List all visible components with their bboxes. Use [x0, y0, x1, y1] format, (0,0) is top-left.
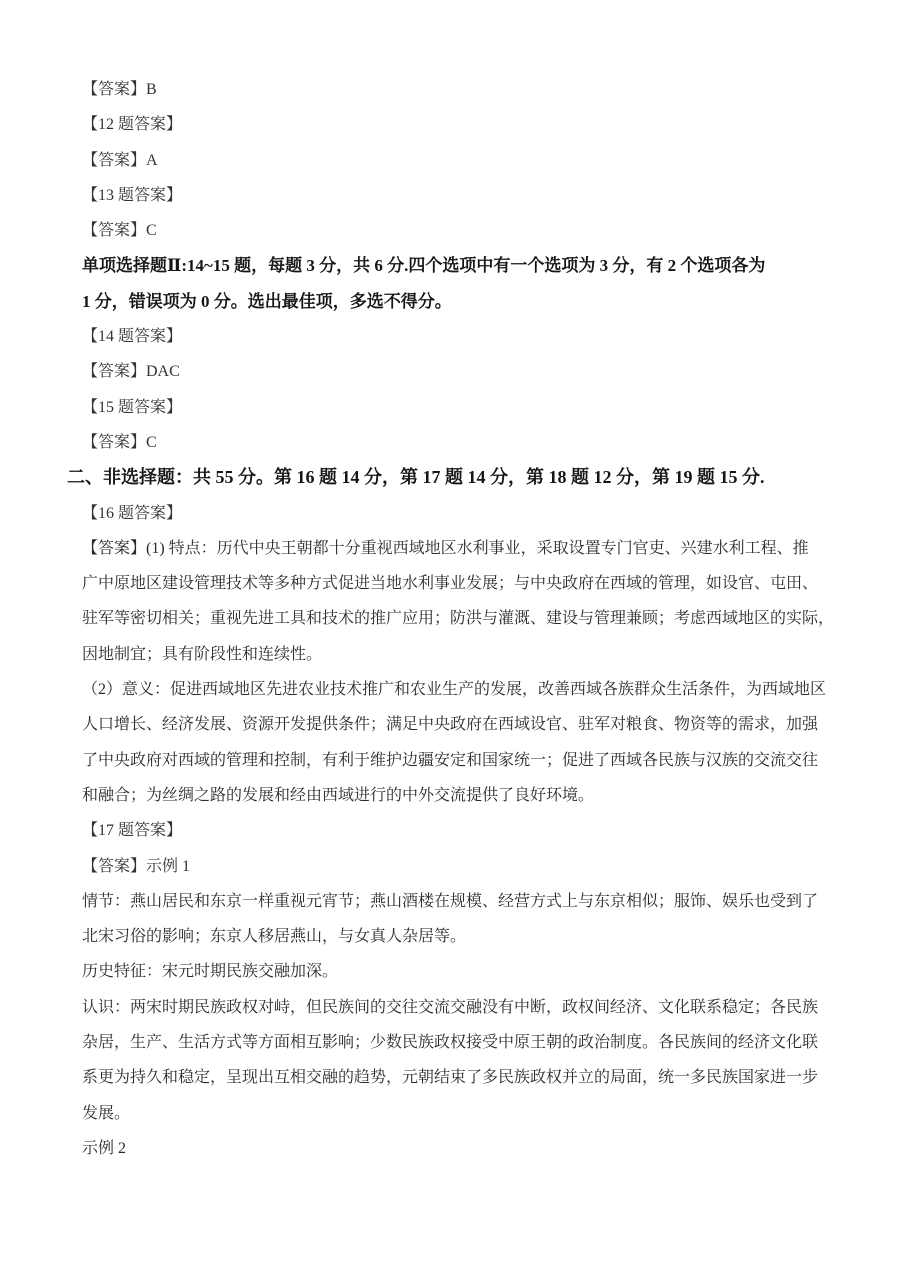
answer-paragraph: 认识：两宋时期民族政权对峙，但民族间的交往交流交融没有中断，政权间经济、文化联系… — [82, 990, 842, 1131]
answer-paragraph-text: 情节：燕山居民和东京一样重视元宵节；燕山酒楼在规模、经营方式上与东京相似；服饰、… — [82, 884, 842, 919]
answer-paragraph-text: 示例 2 — [82, 1131, 842, 1166]
question-header-text: 【17 题答案】 — [82, 813, 842, 848]
answer-paragraph-text: 北宋习俗的影响；东京人移居燕山，与女真人杂居等。 — [82, 919, 842, 954]
answer-line-text: 【答案】示例 1 — [82, 849, 842, 884]
answer-line: 【答案】DAC — [82, 354, 842, 389]
notice-bold: 单项选择题Ⅱ:14~15 题，每题 3 分，共 6 分.四个选项中有一个选项为 … — [82, 248, 842, 319]
question-header: 【14 题答案】 — [82, 319, 842, 354]
answer-paragraph-text: 【答案】(1) 特点：历代中央王朝都十分重视西域地区水利事业，采取设置专门官吏、… — [82, 531, 842, 566]
answer-paragraph-text: 历史特征：宋元时期民族交融加深。 — [82, 954, 842, 989]
answer-paragraph-text: 了中央政府对西域的管理和控制，有利于维护边疆安定和国家统一；促进了西域各民族与汉… — [82, 743, 842, 778]
answer-paragraph-text: 人口增长、经济发展、资源开发提供条件；满足中央政府在西域设官、驻军对粮食、物资等… — [82, 707, 842, 742]
document-content: 【答案】B【12 题答案】【答案】A【13 题答案】【答案】C单项选择题Ⅱ:14… — [82, 72, 842, 1166]
answer-line: 【答案】C — [82, 213, 842, 248]
answer-paragraph-text: 系更为持久和稳定，呈现出互相交融的趋势，元朝结束了多民族政权并立的局面，统一多民… — [82, 1060, 842, 1095]
answer-paragraph: 历史特征：宋元时期民族交融加深。 — [82, 954, 842, 989]
question-header: 【13 题答案】 — [82, 178, 842, 213]
answer-line-text: 【答案】C — [82, 213, 842, 248]
answer-paragraph: （2）意义：促进西域地区先进农业技术推广和农业生产的发展，改善西域各族群众生活条… — [82, 672, 842, 813]
answer-line-text: 【答案】B — [82, 72, 842, 107]
answer-line: 【答案】A — [82, 143, 842, 178]
document-page: 【答案】B【12 题答案】【答案】A【13 题答案】【答案】C单项选择题Ⅱ:14… — [0, 0, 900, 1273]
question-header: 【12 题答案】 — [82, 107, 842, 142]
answer-paragraph: 示例 2 — [82, 1131, 842, 1166]
answer-paragraph: 情节：燕山居民和东京一样重视元宵节；燕山酒楼在规模、经营方式上与东京相似；服饰、… — [82, 884, 842, 955]
section-heading: 二、非选择题：共 55 分。第 16 题 14 分，第 17 题 14 分，第 … — [82, 460, 842, 495]
answer-line-text: 【答案】DAC — [82, 354, 842, 389]
answer-paragraph: 【答案】(1) 特点：历代中央王朝都十分重视西域地区水利事业，采取设置专门官吏、… — [82, 531, 842, 672]
answer-line: 【答案】C — [82, 425, 842, 460]
answer-paragraph-text: 因地制宜；具有阶段性和连续性。 — [82, 637, 842, 672]
answer-paragraph-text: 认识：两宋时期民族政权对峙，但民族间的交往交流交融没有中断，政权间经济、文化联系… — [82, 990, 842, 1025]
question-header-text: 【12 题答案】 — [82, 107, 842, 142]
answer-line-text: 【答案】A — [82, 143, 842, 178]
answer-paragraph-text: 发展。 — [82, 1096, 842, 1131]
notice-bold-text: 单项选择题Ⅱ:14~15 题，每题 3 分，共 6 分.四个选项中有一个选项为 … — [82, 248, 842, 283]
notice-bold-text: 1 分，错误项为 0 分。选出最佳项，多选不得分。 — [82, 284, 842, 319]
question-header: 【17 题答案】 — [82, 813, 842, 848]
answer-paragraph-text: 和融合；为丝绸之路的发展和经由西域进行的中外交流提供了良好环境。 — [82, 778, 842, 813]
answer-paragraph-text: （2）意义：促进西域地区先进农业技术推广和农业生产的发展，改善西域各族群众生活条… — [82, 672, 842, 707]
question-header-text: 【15 题答案】 — [82, 390, 842, 425]
answer-line: 【答案】B — [82, 72, 842, 107]
answer-line: 【答案】示例 1 — [82, 849, 842, 884]
answer-line-text: 【答案】C — [82, 425, 842, 460]
answer-paragraph-text: 驻军等密切相关；重视先进工具和技术的推广应用；防洪与灌溉、建设与管理兼顾；考虑西… — [82, 601, 842, 636]
question-header-text: 【16 题答案】 — [82, 496, 842, 531]
question-header: 【16 题答案】 — [82, 496, 842, 531]
question-header-text: 【14 题答案】 — [82, 319, 842, 354]
question-header: 【15 题答案】 — [82, 390, 842, 425]
answer-paragraph-text: 广中原地区建设管理技术等多种方式促进当地水利事业发展；与中央政府在西域的管理，如… — [82, 566, 842, 601]
answer-paragraph-text: 杂居，生产、生活方式等方面相互影响；少数民族政权接受中原王朝的政治制度。各民族间… — [82, 1025, 842, 1060]
section-heading-text: 二、非选择题：共 55 分。第 16 题 14 分，第 17 题 14 分，第 … — [67, 460, 842, 495]
question-header-text: 【13 题答案】 — [82, 178, 842, 213]
